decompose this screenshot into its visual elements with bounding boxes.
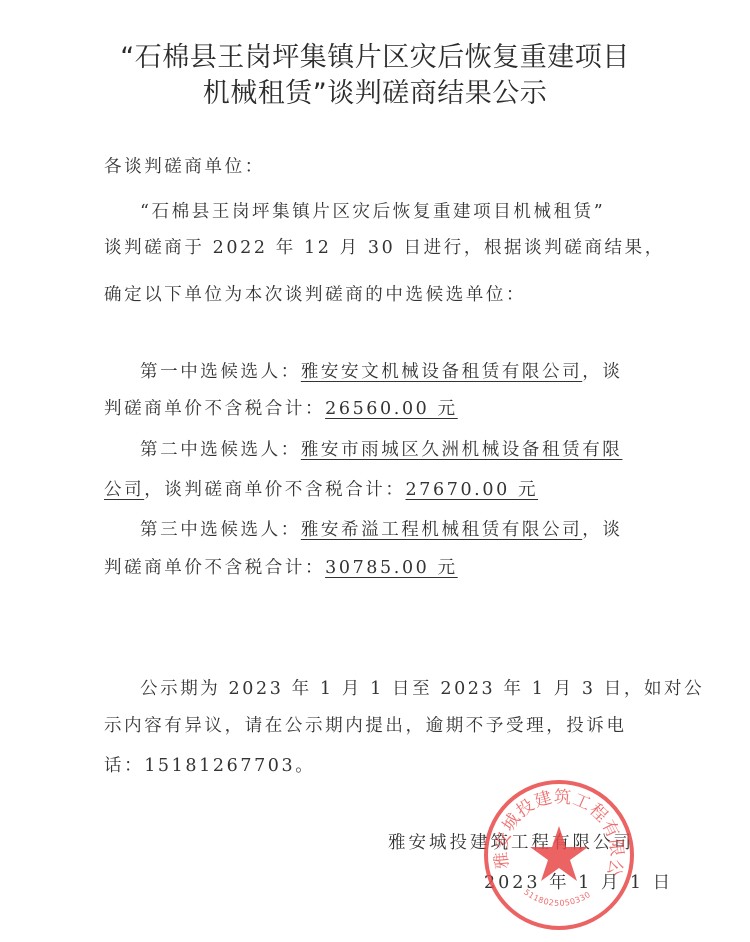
candidate-1-line-1: 第一中选候选人：雅安安文机械设备租赁有限公司，谈 bbox=[140, 360, 622, 384]
candidate-3-line-2: 判磋商单价不含税合计：30785.00 元 bbox=[104, 556, 458, 580]
candidate-2-line-2: 公司，谈判磋商单价不含税合计：27670.00 元 bbox=[104, 478, 538, 502]
notice-line-2: 示内容有异议，请在公示期内提出，逾期不予受理，投诉电 bbox=[104, 714, 627, 738]
candidate-3-company: 雅安希溢工程机械租赁有限公司 bbox=[301, 520, 582, 540]
candidate-2-company-part-2: 公司 bbox=[104, 480, 144, 500]
candidate-1-after: ，谈 bbox=[582, 362, 622, 382]
intro-line-2: 谈判磋商于 2022 年 12 月 30 日进行，根据谈判磋商结果， bbox=[104, 236, 665, 260]
candidate-2-company-part-1: 雅安市雨城区久洲机械设备租赁有限 bbox=[301, 440, 623, 460]
candidate-3-line-1: 第三中选候选人：雅安希溢工程机械租赁有限公司，谈 bbox=[140, 518, 622, 542]
candidate-3-rank: 第三中选候选人： bbox=[140, 520, 301, 540]
candidate-1-line-2: 判磋商单价不含税合计：26560.00 元 bbox=[104, 397, 458, 421]
candidate-1-rank: 第一中选候选人： bbox=[140, 362, 301, 382]
intro-line-1: “石棉县王岗坪集镇片区灾后恢复重建项目机械租赁” bbox=[140, 200, 605, 224]
candidate-3-price: 30785.00 元 bbox=[325, 558, 458, 578]
document-title-line-2: 机械租赁”谈判磋商结果公示 bbox=[0, 76, 750, 112]
candidate-1-price-label: 判磋商单价不含税合计： bbox=[104, 399, 325, 419]
candidate-2-rank: 第二中选候选人： bbox=[140, 440, 301, 460]
official-seal-stamp: 雅安城投建筑工程有限公司 5118025050330 bbox=[484, 780, 634, 930]
candidate-3-price-label: 判磋商单价不含税合计： bbox=[104, 558, 325, 578]
candidate-2-price: 27670.00 元 bbox=[406, 480, 539, 500]
candidate-3-after: ，谈 bbox=[582, 520, 622, 540]
intro-line-3: 确定以下单位为本次谈判磋商的中选候选单位： bbox=[104, 283, 526, 307]
document-title-line-1: “石棉县王岗坪集镇片区灾后恢复重建项目 bbox=[0, 40, 750, 76]
candidate-2-price-label: ，谈判磋商单价不含税合计： bbox=[144, 480, 405, 500]
seal-star-icon: 雅安城投建筑工程有限公司 5118025050330 bbox=[488, 784, 630, 926]
signature-date: 2023 年 1 月 1 日 bbox=[484, 871, 673, 895]
candidate-1-company: 雅安安文机械设备租赁有限公司 bbox=[301, 362, 582, 382]
candidate-1-price: 26560.00 元 bbox=[325, 399, 458, 419]
notice-line-3: 话：15181267703。 bbox=[104, 754, 315, 778]
signature-organization: 雅安城投建筑工程有限公司 bbox=[388, 831, 634, 855]
candidate-2-line-1: 第二中选候选人：雅安市雨城区久洲机械设备租赁有限 bbox=[140, 438, 622, 462]
notice-line-1: 公示期为 2023 年 1 月 1 日至 2023 年 1 月 3 日，如对公 bbox=[140, 677, 704, 701]
salutation: 各谈判磋商单位： bbox=[104, 155, 265, 179]
